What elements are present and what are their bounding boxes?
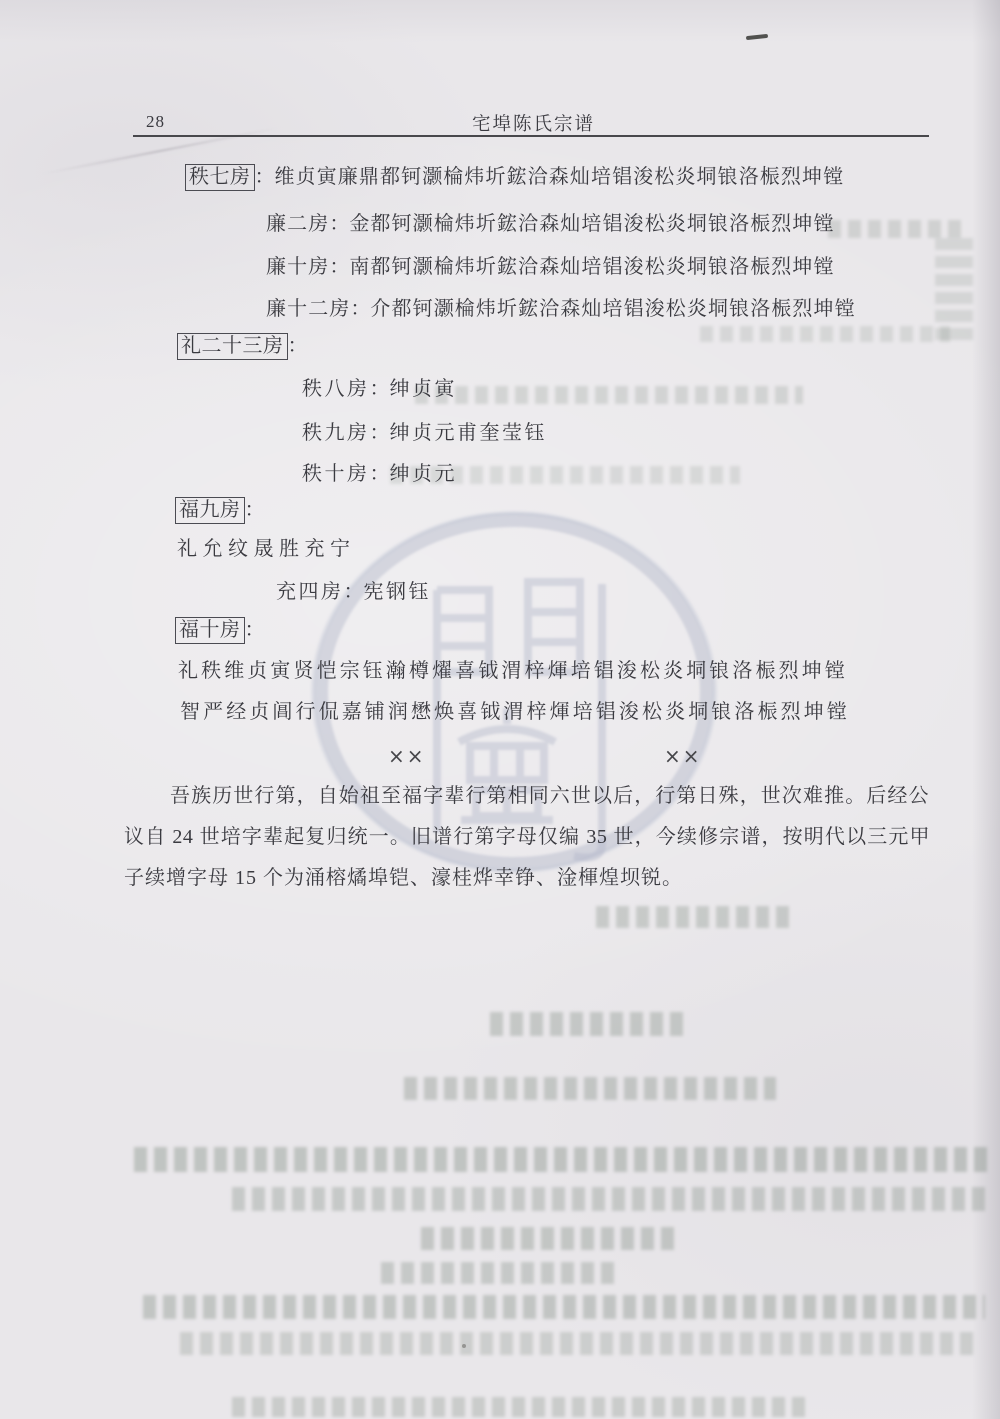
generation-names: 南都钶灏棆炜圻鋐洽森灿培锠浚松炎垌锒洛桭烈坤镗 [349,256,834,278]
entry-label: 充四房 [276,581,344,603]
bleedthrough-text [180,1332,980,1355]
entry-row: 福十房： [175,617,265,644]
entry-row: 充四房：宪钢钰 [276,579,431,605]
bleedthrough-text [415,386,803,404]
bleedthrough-text [421,1227,675,1250]
generation-names: 智严经贞阊行侃嘉铺润懋焕喜钺渭梓煇培锠浚松炎垌锒洛桭烈坤镗 [180,701,850,723]
bleedthrough-text [490,1012,690,1036]
book-title: 宅埠陈氏宗谱 [472,110,595,136]
label-colon: ： [245,499,265,521]
entry-row: 智严经贞阊行侃嘉铺润懋焕喜钺渭梓煇培锠浚松炎垌锒洛桭烈坤镗 [180,699,850,725]
paragraph-line: 议自 24 世培字辈起复归统一。旧谱行第字母仅编 35 世，今续修宗谱，按明代以… [124,824,930,850]
generation-names: 介都钶灏棆炜圻鋐洽森灿培锠浚松炎垌锒洛桭烈坤镗 [370,298,855,320]
entry-label: 秩十房 [302,463,370,485]
entry-label: 廉二房 [266,213,329,235]
generation-names: 绅贞元 [390,463,458,485]
bleedthrough-text [134,1147,987,1172]
label-colon: ： [255,166,275,188]
boxed-label: 秩七房 [185,164,255,191]
entry-row: 廉十二房：介都钶灏棆炜圻鋐洽森灿培锠浚松炎垌锒洛桭烈坤镗 [266,296,856,322]
generation-names: 礼秩维贞寅贤恺宗钰瀚樽燿喜钺渭梓煇培锠浚松炎垌锒洛桭烈坤镗 [178,660,848,682]
entry-row: 福九房： [175,497,265,524]
scan-speck [462,1344,466,1348]
bleedthrough-text [232,1187,992,1211]
bleedthrough-text [404,1077,776,1100]
label-colon: ： [329,213,349,235]
paragraph-line: 子续增字母 15 个为涌榕燏埠铠、濠桂烨幸铮、淦楎煌坝锐。 [124,865,930,891]
bleedthrough-text [232,1397,808,1417]
generation-names: 礼允纹晟胜充宁 [177,538,356,560]
paragraph-line: 吾族历世行第，自始祖至福字辈行第相同六世以后，行第日殊，世次难推。后经公 [170,783,929,809]
bleedthrough-text [700,326,950,342]
entry-row: 秩九房：绅贞元甫奎莹钰 [302,420,547,446]
boxed-label: 福十房 [175,617,245,644]
label-colon: ： [370,422,390,444]
label-colon: ： [344,581,364,603]
bleedthrough-text [596,906,796,928]
label-colon: ： [370,463,390,485]
entry-label: 秩八房 [302,378,370,400]
entry-label: 廉十二房 [266,298,350,320]
entry-row: 秩七房：维贞寅廉鼎都钶灏棆炜圻鋐洽森灿培锠浚松炎垌锒洛桭烈坤镗 [185,164,844,191]
divider-mark-right: ×× [664,744,702,768]
generation-names: 金都钶灏棆炜圻鋐洽森灿培锠浚松炎垌锒洛桭烈坤镗 [349,213,834,235]
page-number: 28 [146,112,165,132]
bleedthrough-text [935,232,973,340]
entry-label: 秩九房 [302,422,370,444]
label-colon: ： [245,619,265,641]
generation-names: 绅贞寅 [390,378,458,400]
scan-mark [746,34,768,40]
entry-row: 礼二十三房： [177,333,308,360]
boxed-label: 礼二十三房 [177,333,288,360]
generation-names: 维贞寅廉鼎都钶灏棆炜圻鋐洽森灿培锠浚松炎垌锒洛桭烈坤镗 [275,166,845,188]
scanned-page: 28 宅埠陈氏宗谱 秩七房：维贞寅廉鼎都钶灏棆炜圻鋐洽森灿培锠浚松炎垌锒洛桭烈坤… [0,0,1000,1419]
entry-row: 礼秩维贞寅贤恺宗钰瀚樽燿喜钺渭梓煇培锠浚松炎垌锒洛桭烈坤镗 [178,658,848,684]
header-rule [133,135,929,137]
boxed-label: 福九房 [175,497,245,524]
label-colon: ： [329,256,349,278]
label-colon: ： [370,378,390,400]
entry-row: 廉十房：南都钶灏棆炜圻鋐洽森灿培锠浚松炎垌锒洛桭烈坤镗 [266,254,835,280]
entry-row: 礼允纹晟胜充宁 [177,536,356,562]
entry-label: 廉十房 [266,256,329,278]
divider-mark-left: ×× [388,744,426,768]
label-colon: ： [350,298,370,320]
generation-names: 绅贞元甫奎莹钰 [390,422,548,444]
entry-row: 秩十房：绅贞元 [302,461,457,487]
bleedthrough-text [381,1262,619,1284]
generation-names: 宪钢钰 [364,581,432,603]
label-colon: ： [288,335,308,357]
bleedthrough-text [143,1295,985,1319]
entry-row: 廉二房：金都钶灏棆炜圻鋐洽森灿培锠浚松炎垌锒洛桭烈坤镗 [266,211,835,237]
entry-row: 秩八房：绅贞寅 [302,376,457,402]
